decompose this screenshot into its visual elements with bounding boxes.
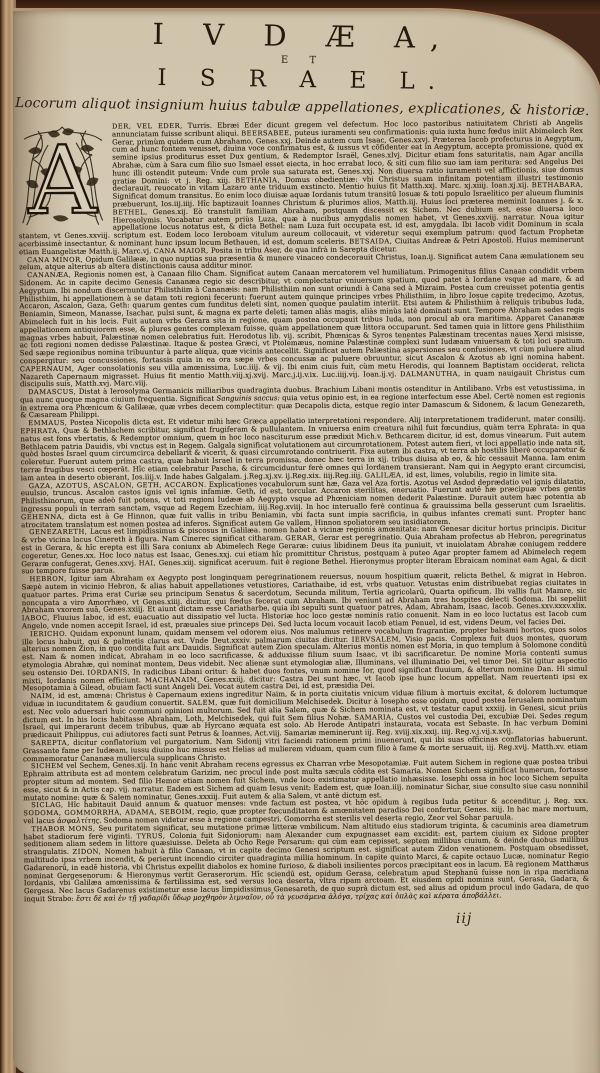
text-paragraph: Cananæa, Regionis nomen est, à Canaan fi… (19, 268, 585, 389)
text-paragraph: Emmaus, Postea Nicopolis dicta est. Et v… (20, 416, 585, 483)
page-header: I V D Æ A, E T I S R A E L. Locorum aliq… (13, 7, 592, 119)
text-paragraph: Hebron, Igitur iam Abraham ex Aegypto po… (21, 572, 586, 631)
text-paragraph: Thabor mons, Seu puritatem significat, s… (23, 821, 589, 903)
body-text: Regionis nomen est, à Canaan filio Cham.… (19, 267, 585, 365)
page-title-line1: I V D Æ A, (14, 16, 592, 56)
text-paragraph: Gaza, Azotus, Ascalon, Geth, Accaron. Ex… (21, 478, 586, 529)
woodcut-drop-cap-initial: A (18, 125, 107, 228)
text-paragraph: Naim, id est, amœna: Christus è Capernau… (22, 689, 587, 740)
place-headword: Hai, (139, 559, 156, 567)
signature-mark: iij (456, 909, 592, 927)
place-headword: Dalmanutha, (400, 369, 461, 377)
text-block: A Der, vel Eder, Turris. Ebræi Eder dicu… (18, 120, 589, 904)
text-paragraph: Genezareth, Lacus est limpidissimus & pi… (21, 525, 586, 576)
drop-cap-letter: A (27, 127, 98, 228)
page-subtitle: Locorum aliquot insignium huius tabulæ a… (13, 95, 591, 119)
body-text: vel Sechem, Genes.xij. In hanc venit Abr… (23, 758, 588, 802)
photographed-book-page: I V D Æ A, E T I S R A E L. Locorum aliq… (0, 0, 600, 1073)
text-paragraph: Sichem vel Sechem, Genes.xij. In hanc ve… (23, 759, 588, 802)
page-content: I V D Æ A, E T I S R A E L. Locorum aliq… (14, 11, 592, 1071)
text-paragraph: Iericho. Quidam exponunt lunam, quidam m… (22, 627, 587, 694)
body-text: Igitur iam Abraham ex Aegypto post longi… (22, 571, 587, 615)
paper-page: I V D Æ A, E T I S R A E L. Locorum aliq… (13, 8, 600, 1073)
